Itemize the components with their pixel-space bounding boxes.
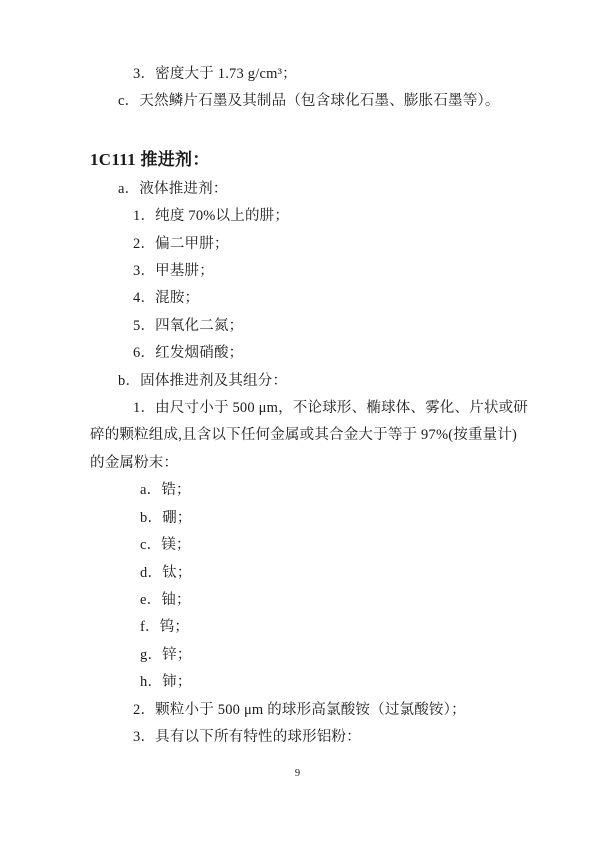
document-page: 3．密度大于 1.73 g/cm³；c．天然鳞片石墨及其制品（包含球化石墨、膨胀…: [0, 0, 595, 841]
text-line: b．硼；: [90, 505, 533, 532]
text-line: 5．四氧化二氮；: [90, 313, 533, 340]
text-line: a．锆；: [90, 477, 533, 504]
text-line: c．镁；: [90, 532, 533, 559]
text-line: 6．红发烟硝酸；: [90, 340, 533, 367]
text-line: 3．甲基肼；: [90, 258, 533, 285]
text-line: 1．纯度 70%以上的肼；: [90, 203, 533, 230]
text-line: c．天然鳞片石墨及其制品（包含球化石墨、膨胀石墨等）。: [90, 88, 533, 115]
text-line: 2．偏二甲肼；: [90, 231, 533, 258]
text-line: 碎的颗粒组成,且含以下任何金属或其合金大于等于 97%(按重量计): [90, 422, 533, 449]
text-line: 3．密度大于 1.73 g/cm³；: [90, 61, 533, 88]
text-line: 的金属粉末：: [90, 450, 533, 477]
text-line: 4．混胺；: [90, 285, 533, 312]
text-line: 1．由尺寸小于 500 μm，不论球形、椭球体、雾化、片状或研: [90, 395, 533, 422]
text-line: e．铀；: [90, 587, 533, 614]
text-line: g．锌；: [90, 642, 533, 669]
section-heading: 1C111 推进剂：: [90, 145, 533, 175]
page-number: 9: [0, 767, 595, 781]
text-line: f．钨；: [90, 614, 533, 641]
text-line: a．液体推进剂：: [90, 176, 533, 203]
text-line: h．铈；: [90, 669, 533, 696]
text-line: 3．具有以下所有特性的球形铝粉：: [90, 724, 533, 751]
text-line: d．钛；: [90, 560, 533, 587]
document-body: 3．密度大于 1.73 g/cm³；c．天然鳞片石墨及其制品（包含球化石墨、膨胀…: [90, 61, 533, 751]
text-line: b．固体推进剂及其组分：: [90, 368, 533, 395]
text-line: 2．颗粒小于 500 μm 的球形高氯酸铵（过氯酸铵）；: [90, 697, 533, 724]
